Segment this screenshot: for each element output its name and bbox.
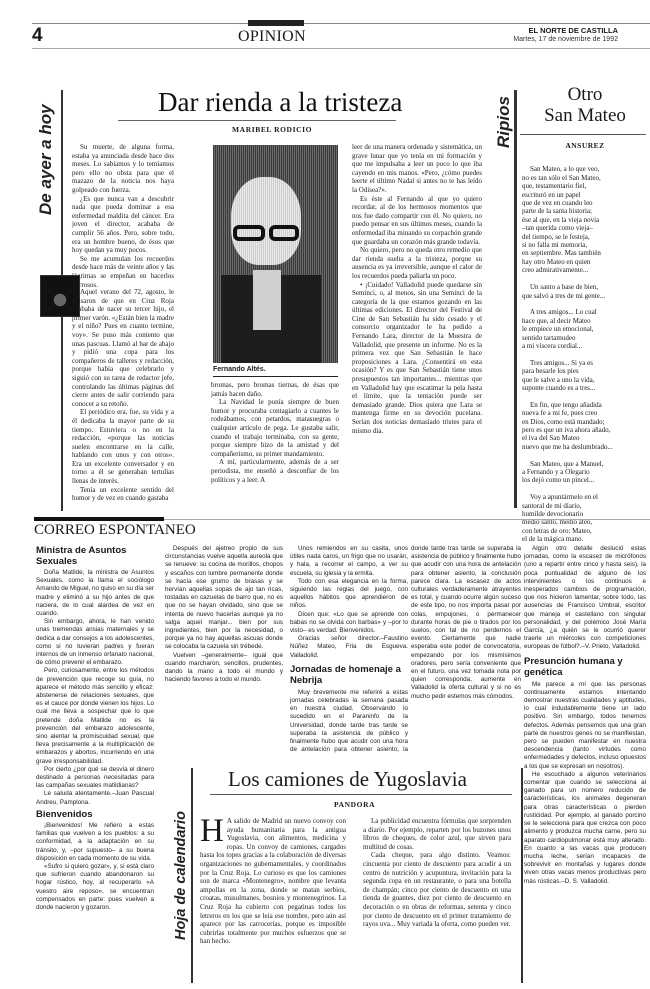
article-column-1-cont: Aquel verano del 72, agosto, le avisaron… <box>72 288 174 503</box>
section-tab-bar <box>248 20 304 26</box>
paragraph: Unos remiendos en su casita, unos útiles… <box>290 545 408 578</box>
newspaper-name: EL NORTE DE CASTILLA <box>529 26 618 35</box>
correo-column-1: Ministra de Asuntos Sexuales Doña Matild… <box>36 545 154 989</box>
column-rule <box>191 768 193 983</box>
column-label-hoja-de-calendario: Hoja de calendario <box>173 811 189 940</box>
paragraph: La Navidad le ponía siempre de buen humo… <box>211 398 339 458</box>
correo-column-5: Algún otro detalle deslució estas jornad… <box>524 545 646 989</box>
poem-stanza: San Mateo, a lo que veo, no es tan sólo … <box>522 165 650 274</box>
drop-cap: H <box>200 818 224 844</box>
paragraph: Algún otro detalle deslució estas jornad… <box>524 545 646 652</box>
paragraph: Dicen que: «Lo que se aprende con babas … <box>290 611 408 636</box>
section-bar <box>34 517 164 521</box>
page-number: 4 <box>32 26 43 46</box>
paragraph: leer de una manera ordenada y sistemátic… <box>352 143 482 195</box>
poem-stanza: A tres amigos... Lo cual hace que, al de… <box>522 308 650 350</box>
article-column-1: Su muerte, de alguna forma, estaba ya an… <box>72 143 174 289</box>
article-headline: Dar rienda a la tristeza <box>158 86 402 118</box>
poem-stanza: En fin, que tengo añadida nueva fe a mi … <box>522 401 650 451</box>
paragraph: donde tarde tras tarde se superaba la as… <box>411 545 521 701</box>
paragraph: Aquel verano del 72, agosto, le avisaron… <box>72 288 174 408</box>
paragraph: Muy brevemente me referiré a estas jorna… <box>290 689 408 753</box>
correo-column-2: Después del ajetreo propio de sus circun… <box>165 545 283 753</box>
column-label-ripios: Ripios <box>494 96 514 148</box>
paragraph: Su muerte, de alguna forma, estaba ya an… <box>72 143 174 195</box>
paragraph: Todo con esa elegancia en la forma, sigu… <box>290 578 408 611</box>
paragraph: Por cierto ¿por qué se desvía el dinero … <box>36 766 154 791</box>
poem-body: San Mateo, a lo que veo, no es tan sólo … <box>522 157 650 552</box>
paragraph: Después del ajetreo propio de sus circun… <box>165 545 283 652</box>
letter-title: Jornadas de homenaje a Nebrija <box>290 664 408 686</box>
paragraph: He escuchado a algunos veterinarios come… <box>524 771 646 886</box>
paragraph: La publicidad encuentra fórmulas que sor… <box>363 817 511 851</box>
paragraph: A mí, particularmente, además de a ser p… <box>211 458 339 484</box>
paragraph: Es éste al Fernando al que yo quiero rec… <box>352 195 482 247</box>
paragraph: El periódico era, fue, su vida y a él de… <box>72 408 174 485</box>
paragraph: Doña Matilde, la ministra de Asuntos Sex… <box>36 569 154 618</box>
poem-byline: ANSUREZ <box>520 141 650 150</box>
letter-title: Presunción humana y genética <box>524 656 646 678</box>
poem-stanza: Tres amigos... Si ya es para besarle los… <box>522 359 650 393</box>
correo-section-title: CORREO ESPONTANEO <box>34 522 196 539</box>
paragraph: «Sufro si quiero gozar», y, si está clar… <box>36 863 154 912</box>
paragraph: Vuelven –generalmente– igual que cuando … <box>165 652 283 685</box>
paragraph: • ¡Cuidado! Valladolid puede quedarse si… <box>352 281 482 436</box>
photo-caption: Fernando Altés. <box>213 366 266 373</box>
yugoslavia-column-2: La publicidad encuentra fórmulas que sor… <box>363 817 511 929</box>
yugoslavia-byline: PANDORA <box>334 800 375 809</box>
paragraph: Pero, curiosamente, entre los métodos de… <box>36 667 154 765</box>
section-title: OPINION <box>238 28 306 46</box>
paragraph: Tenía un excelente sentido del humor y d… <box>72 486 174 503</box>
paragraph: Me parece a mí que las personas continua… <box>524 681 646 771</box>
yugoslavia-column-1: H A salido de Madrid un nuevo convoy con… <box>200 817 346 946</box>
poem-title-line-1: Otro <box>520 84 650 105</box>
letter-title: Ministra de Asuntos Sexuales <box>36 545 154 567</box>
letter-signature: Le saluda atentamente.–Juan Pascual Andr… <box>36 790 154 806</box>
paragraph: ¡Bienvenidos! Me refiero a estas familia… <box>36 822 154 863</box>
paragraph: ¿Es que nunca van a descubrir nada que p… <box>72 195 174 255</box>
paragraph: bromas, pero bromas tiernas, de ésas que… <box>211 381 339 398</box>
paragraph: Cada cheque, para algo distinto. Veamos:… <box>363 851 511 928</box>
column-label-de-ayer-a-hoy: De ayer a hoy <box>36 104 56 215</box>
correo-column-3: Unos remiendos en su casita, unos útiles… <box>290 545 408 753</box>
article-byline: MARIBEL RODICIO <box>232 125 312 134</box>
issue-date: Martes, 17 de noviembre de 1992 <box>513 36 618 43</box>
article-column-3: leer de una manera ordenada y sistemátic… <box>352 143 482 435</box>
poem-stanza: Un santo a base de bien, que salvó a tre… <box>522 283 650 300</box>
paragraph: Se me acumulan los recuerdos desde hace … <box>72 255 174 289</box>
yugoslavia-headline: Los camiones de Yugoslavia <box>228 767 467 791</box>
poem-title: Otro San Mateo <box>520 84 650 126</box>
paragraph: Sin embargo, ahora, le han venido unas t… <box>36 618 154 667</box>
portrait-photo <box>213 145 338 363</box>
article-column-2: bromas, pero bromas tiernas, de ésas que… <box>211 381 339 484</box>
letter-title: Bienvenidos <box>36 809 154 820</box>
poem-title-line-2: San Mateo <box>520 105 650 126</box>
correo-column-4: donde tarde tras tarde se superaba la as… <box>411 545 521 753</box>
column-rule <box>514 90 517 508</box>
paragraph: No quiero, pero no queda otro remedio qu… <box>352 246 482 280</box>
letter-signature: Gracias señor director.–Faustino Núñez M… <box>290 635 408 660</box>
poem-stanza: San Mateo, que a Manuel, a Fernando y a … <box>522 460 650 485</box>
column-rule <box>521 768 523 983</box>
